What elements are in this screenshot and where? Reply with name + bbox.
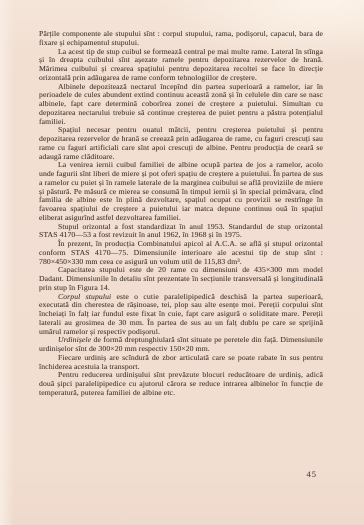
paragraph: În prezent, în producția Combinatului ap… bbox=[39, 240, 323, 266]
paragraph-lead-italic: Corpul stupului bbox=[58, 292, 111, 301]
paragraph: Părțile componente ale stupului sînt : c… bbox=[39, 30, 323, 48]
paragraph: Fiecare urdiniș are scîndură de zbor art… bbox=[39, 354, 323, 372]
paragraph: Pentru reducerea urdinișului sînt prevăz… bbox=[39, 371, 323, 397]
paragraph: Stupul orizontal a fost standardizat în … bbox=[39, 223, 323, 241]
paragraph: La acest tip de stup cuibul se formează … bbox=[39, 48, 323, 83]
paragraph: Capacitatea stupului este de 20 rame cu … bbox=[39, 266, 323, 292]
page-number: 45 bbox=[307, 469, 318, 479]
scanned-book-page: Părțile componente ale stupului sînt : c… bbox=[0, 0, 364, 525]
text-block: Părțile componente ale stupului sînt : c… bbox=[39, 30, 323, 398]
paragraph: Spațiul necesar pentru ouatul mătcii, pe… bbox=[39, 126, 323, 161]
paragraph: La venirea iernii cuibul familiei de alb… bbox=[39, 161, 323, 222]
paragraph: Urdinișele de formă dreptunghiulară sînt… bbox=[39, 336, 323, 354]
paragraph: Albinele depozitează nectarul începînd d… bbox=[39, 83, 323, 127]
paragraph-lead-italic: Urdinișele bbox=[58, 335, 91, 344]
paragraph: Corpul stupului este o cutie paralelipip… bbox=[39, 293, 323, 337]
